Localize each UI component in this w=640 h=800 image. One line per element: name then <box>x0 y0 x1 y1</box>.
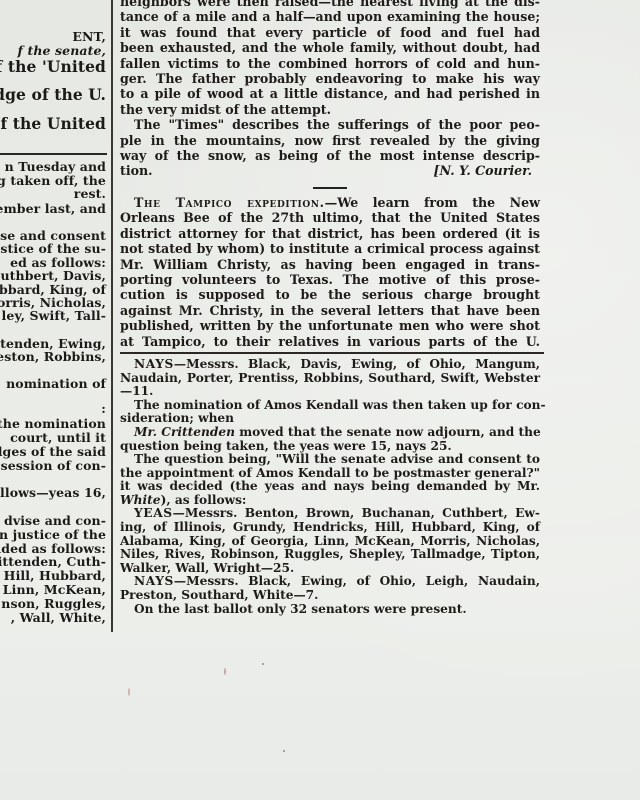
article-separator <box>313 187 347 189</box>
text-line: ger. The father probably endeavoring to … <box>120 71 540 86</box>
paper-speck <box>283 750 285 752</box>
left-column-line: court, until it <box>10 431 106 445</box>
left-column-line: udge of the U. <box>0 88 106 102</box>
text-line: —Messrs. Black, Davis, Ewing, of Ohio, M… <box>174 357 540 371</box>
left-column-line: , Wall, White, <box>11 611 106 625</box>
text-line: —11. <box>120 385 540 399</box>
left-column-line: session of con- <box>1 459 106 473</box>
text-line: ing, of Illinois, Grundy, Hendricks, Hil… <box>120 521 540 535</box>
article-frozen-family: neighbors were then raised—the nearest l… <box>120 0 540 179</box>
senate-proceedings: NAYS—Messrs. Black, Davis, Ewing, of Ohi… <box>120 358 540 616</box>
column-divider-rule <box>111 0 113 632</box>
left-column-line: Linn, McKean, <box>3 583 106 597</box>
text-line: way of the snow, as being of the most in… <box>120 148 540 163</box>
left-column-fragment: ENT,f the senate,of the 'Unitedudge of t… <box>0 0 108 640</box>
source-credit: [N. Y. Courier. <box>434 163 540 178</box>
left-column-line: nomination of <box>6 377 106 391</box>
text-line: not stated by whom) to institute a crimi… <box>120 241 540 256</box>
text-line: tance of a mile and a half—and upon exam… <box>120 9 540 24</box>
section-rule <box>120 352 544 354</box>
text-line: the very midst of the attempt. <box>120 102 540 117</box>
text-line: porting volunteers to Texas. The motive … <box>120 272 540 287</box>
paper-speck <box>262 663 264 665</box>
text-line: The question being, "Will the senate adv… <box>120 453 540 467</box>
left-column-line: rest. <box>74 187 106 201</box>
left-column-line: dges of the said <box>0 445 106 459</box>
left-column-line: of the 'United <box>0 60 106 74</box>
left-column-line: n Tuesday and <box>5 160 106 174</box>
left-column-line: : <box>101 402 106 416</box>
left-column-line: of the United <box>0 117 106 131</box>
left-column-line: ustice of the su- <box>0 242 106 256</box>
yeas-label: YEAS <box>134 506 173 520</box>
left-column-line: n justice of the <box>0 528 106 542</box>
left-column-line: eston, Robbins, <box>0 350 106 364</box>
text-line: it was decided (the yeas and nays being … <box>120 480 540 494</box>
text-line: cution is supposed to be the serious cha… <box>120 287 540 302</box>
left-column-line: dvise and con- <box>4 514 106 528</box>
text-line: The nomination of Amos Kendall was then … <box>120 399 540 413</box>
text-line: ple in the mountains, now first revealed… <box>120 133 540 148</box>
left-column-line: the nomination <box>0 417 106 431</box>
article-tampico-expedition: The Tampico expedition.—We learn from th… <box>120 195 540 349</box>
credit-line: tion. [N. Y. Courier. <box>120 163 540 178</box>
yeas-line: YEAS—Messrs. Benton, Brown, Buchanan, Cu… <box>120 507 540 521</box>
text-line: neighbors were then raised—the nearest l… <box>120 0 540 9</box>
text-line: district attorney for that district, has… <box>120 226 540 241</box>
left-column-line: Cuthbert, Davis, <box>0 269 106 283</box>
headline: The Tampico expedition. <box>134 195 325 210</box>
left-column-line: cember last, and <box>0 202 106 216</box>
text-line: tion. <box>120 163 153 178</box>
text-line: published, written by the unfortunate me… <box>120 318 540 333</box>
text-line: sideration; when <box>120 412 540 426</box>
text-line: Orleans Bee of the 27th ultimo, that the… <box>120 210 540 225</box>
left-column-line: nson, Ruggles, <box>1 597 106 611</box>
left-column-line: Hill, Hubbard, <box>4 569 106 583</box>
text-line: —Messrs. Benton, Brown, Buchanan, Cuthbe… <box>173 506 540 520</box>
text-line: Naudain, Porter, Prentiss, Robbins, Sout… <box>120 372 540 386</box>
left-column-line: llows—yeas 16, <box>0 486 106 500</box>
paper-speck <box>128 688 130 696</box>
text-line: ), as follows: <box>161 493 247 507</box>
text-line: at Tampico, to their relatives in variou… <box>120 334 540 349</box>
text-line: —We learn from the New <box>325 195 540 210</box>
text-line: it was found that every particle of food… <box>120 25 540 40</box>
text-line: Niles, Rives, Robinson, Ruggles, Shepley… <box>120 548 540 562</box>
nays-line: NAYS—Messrs. Black, Ewing, of Ohio, Leig… <box>120 575 540 589</box>
crittenden-line: Mr. Crittenden moved that the senate now… <box>120 426 540 440</box>
text-line: moved that the senate now adjourn, and t… <box>235 425 541 439</box>
name-crittenden: Mr. Crittenden <box>134 425 235 439</box>
text-line: been exhausted, and the whole family, wi… <box>120 40 540 55</box>
name-white: White <box>120 493 161 507</box>
paper-speck <box>224 668 226 675</box>
left-column-line: f the senate, <box>18 44 106 58</box>
text-line: against Mr. Christy, in the several lett… <box>120 303 540 318</box>
text-line: fallen victims to the combined horrors o… <box>120 56 540 71</box>
text-line: Alabama, King, of Georgia, Linn, McKean,… <box>120 535 540 549</box>
left-column-line: ley, Swift, Tall- <box>2 309 106 323</box>
text-line: the appointment of Amos Kendall to be po… <box>120 467 540 481</box>
nays-label: NAYS <box>134 574 174 588</box>
nays-line: NAYS—Messrs. Black, Davis, Ewing, of Ohi… <box>120 358 540 372</box>
main-column: neighbors were then raised—the nearest l… <box>120 0 540 616</box>
left-column-line: ittenden, Cuth- <box>0 555 106 569</box>
text-line: The "Times" describes the sufferings of … <box>120 117 540 132</box>
text-line: to a pile of wood at a little distance, … <box>120 86 540 101</box>
left-column-line: ENT, <box>72 30 106 44</box>
nays-label: NAYS <box>134 357 174 371</box>
text-line: question being taken, the yeas were 15, … <box>120 440 540 454</box>
white-line: White), as follows: <box>120 494 540 508</box>
text-line: Walker, Wall, Wright—25. <box>120 562 540 576</box>
text-line: —Messrs. Black, Ewing, of Ohio, Leigh, N… <box>174 574 540 588</box>
text-line: On the last ballot only 32 senators were… <box>120 603 540 617</box>
left-column-rule <box>0 153 107 155</box>
text-line: Preston, Southard, White—7. <box>120 589 540 603</box>
text-line: Mr. William Christy, as having been enga… <box>120 257 540 272</box>
headline-line: The Tampico expedition.—We learn from th… <box>120 195 540 210</box>
